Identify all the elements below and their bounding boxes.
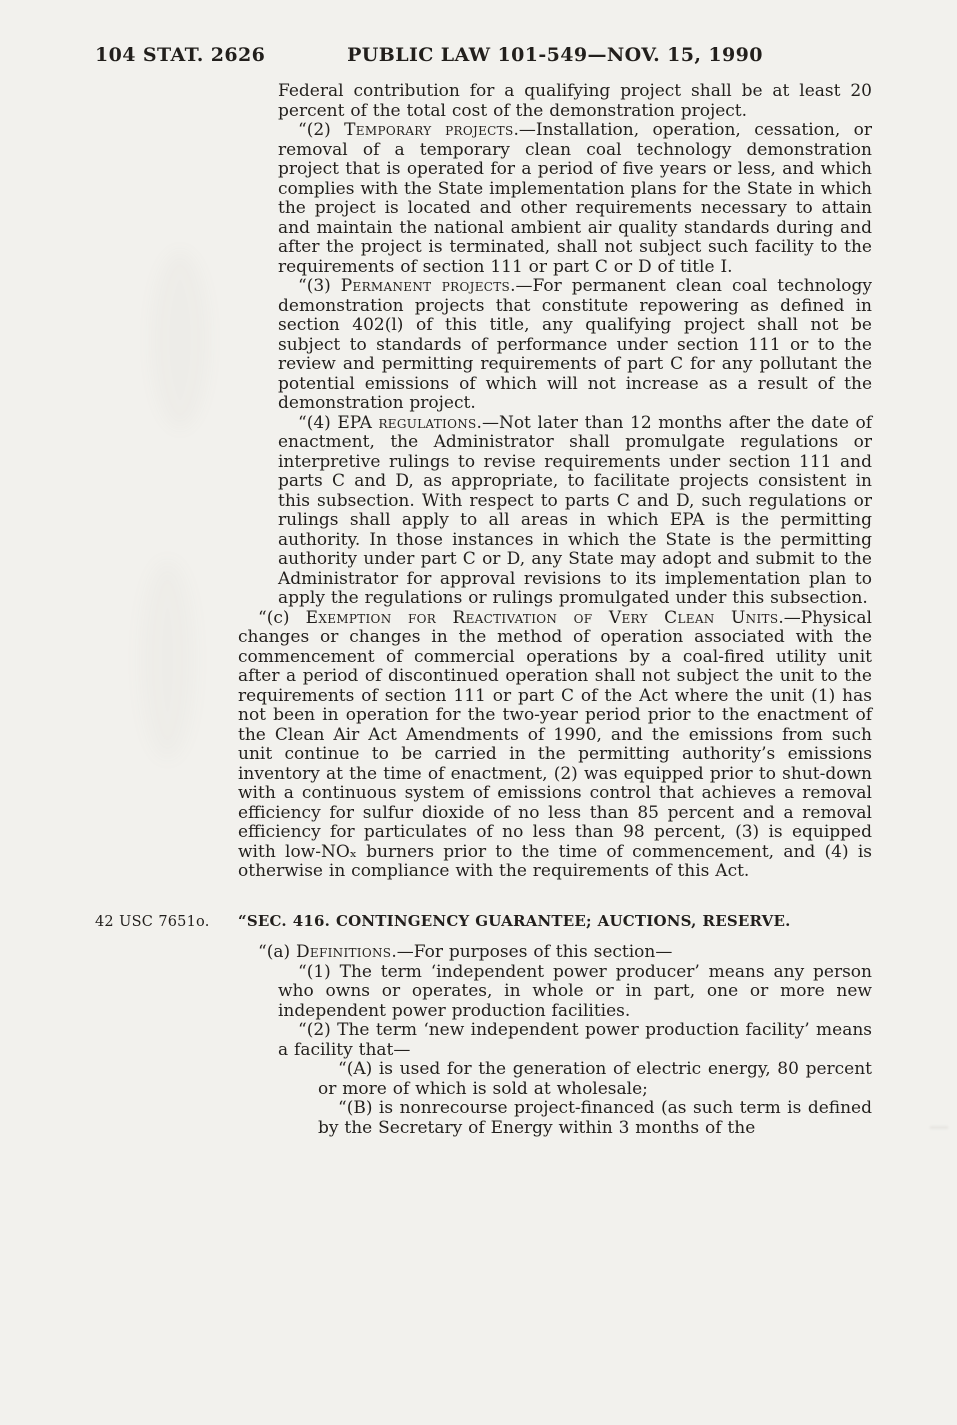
paragraph-lead: “(3) (298, 276, 341, 296)
statute-text-column: Federal contribution for a qualifying pr… (238, 82, 872, 1138)
section-heading-text: “SEC. 416. CONTINGENCY GUARANTEE; AUCTIO… (238, 912, 791, 930)
paragraph-text: “(1) The term ‘independent power produce… (278, 962, 872, 1021)
statute-paragraph-2-temporary-projects: “(2) Temporary projects.—Installation, o… (278, 121, 872, 277)
paragraph-smallcaps: Temporary projects (344, 120, 513, 140)
paragraph-text: .—Not later than 12 months after the dat… (278, 413, 872, 609)
statute-subparagraph-b: “(B) is nonrecourse project-financed (as… (318, 1099, 872, 1138)
statute-definition-1: “(1) The term ‘independent power produce… (278, 963, 872, 1022)
paragraph-lead: “(a) (258, 942, 296, 962)
paragraph-lead: “(c) (258, 608, 306, 628)
paragraph-text: “(2) The term ‘new independent power pro… (278, 1020, 872, 1060)
paragraph-smallcaps: Definitions (296, 942, 391, 962)
paragraph-text: .—For purposes of this section— (391, 942, 672, 962)
statute-paragraph-3-permanent-projects: “(3) Permanent projects.—For permanent c… (278, 277, 872, 414)
paragraph-text: “(B) is nonrecourse project-financed (as… (318, 1098, 872, 1138)
paragraph-text: Federal contribution for a qualifying pr… (278, 81, 872, 121)
section-heading-416: 42 USC 7651o.“SEC. 416. CONTINGENCY GUAR… (238, 912, 872, 932)
scan-artifact (150, 250, 210, 430)
running-head: PUBLIC LAW 101-549—NOV. 15, 1990 (238, 44, 872, 66)
statute-subsection-a-definitions: “(a) Definitions.—For purposes of this s… (238, 943, 872, 963)
paragraph-text: “(A) is used for the generation of elect… (318, 1059, 872, 1099)
statute-paragraph-continuation: Federal contribution for a qualifying pr… (278, 82, 872, 121)
statute-paragraph-4-epa-regulations: “(4) EPA regulations.—Not later than 12 … (278, 414, 872, 609)
paragraph-smallcaps: Exemption for Reactivation of Very Clean… (306, 608, 779, 628)
scan-artifact (140, 560, 195, 760)
paragraph-smallcaps: regulations (378, 413, 476, 433)
paragraph-text: .—Installation, operation, cessation, or… (278, 120, 872, 277)
statute-page: 104 STAT. 2626 PUBLIC LAW 101-549—NOV. 1… (0, 0, 957, 1425)
paragraph-lead: “(4) EPA (298, 413, 378, 433)
statute-subsection-c-exemption: “(c) Exemption for Reactivation of Very … (238, 609, 872, 882)
scan-artifact (930, 1126, 948, 1129)
paragraph-lead: “(2) (298, 120, 344, 140)
paragraph-smallcaps: Permanent projects (341, 276, 510, 296)
us-code-margin-note: 42 USC 7651o. (95, 913, 235, 933)
statute-definition-2: “(2) The term ‘new independent power pro… (278, 1021, 872, 1060)
paragraph-text: .—Physical changes or changes in the met… (238, 608, 872, 882)
statute-subparagraph-a: “(A) is used for the generation of elect… (318, 1060, 872, 1099)
paragraph-text: .—For permanent clean coal technology de… (278, 276, 872, 413)
